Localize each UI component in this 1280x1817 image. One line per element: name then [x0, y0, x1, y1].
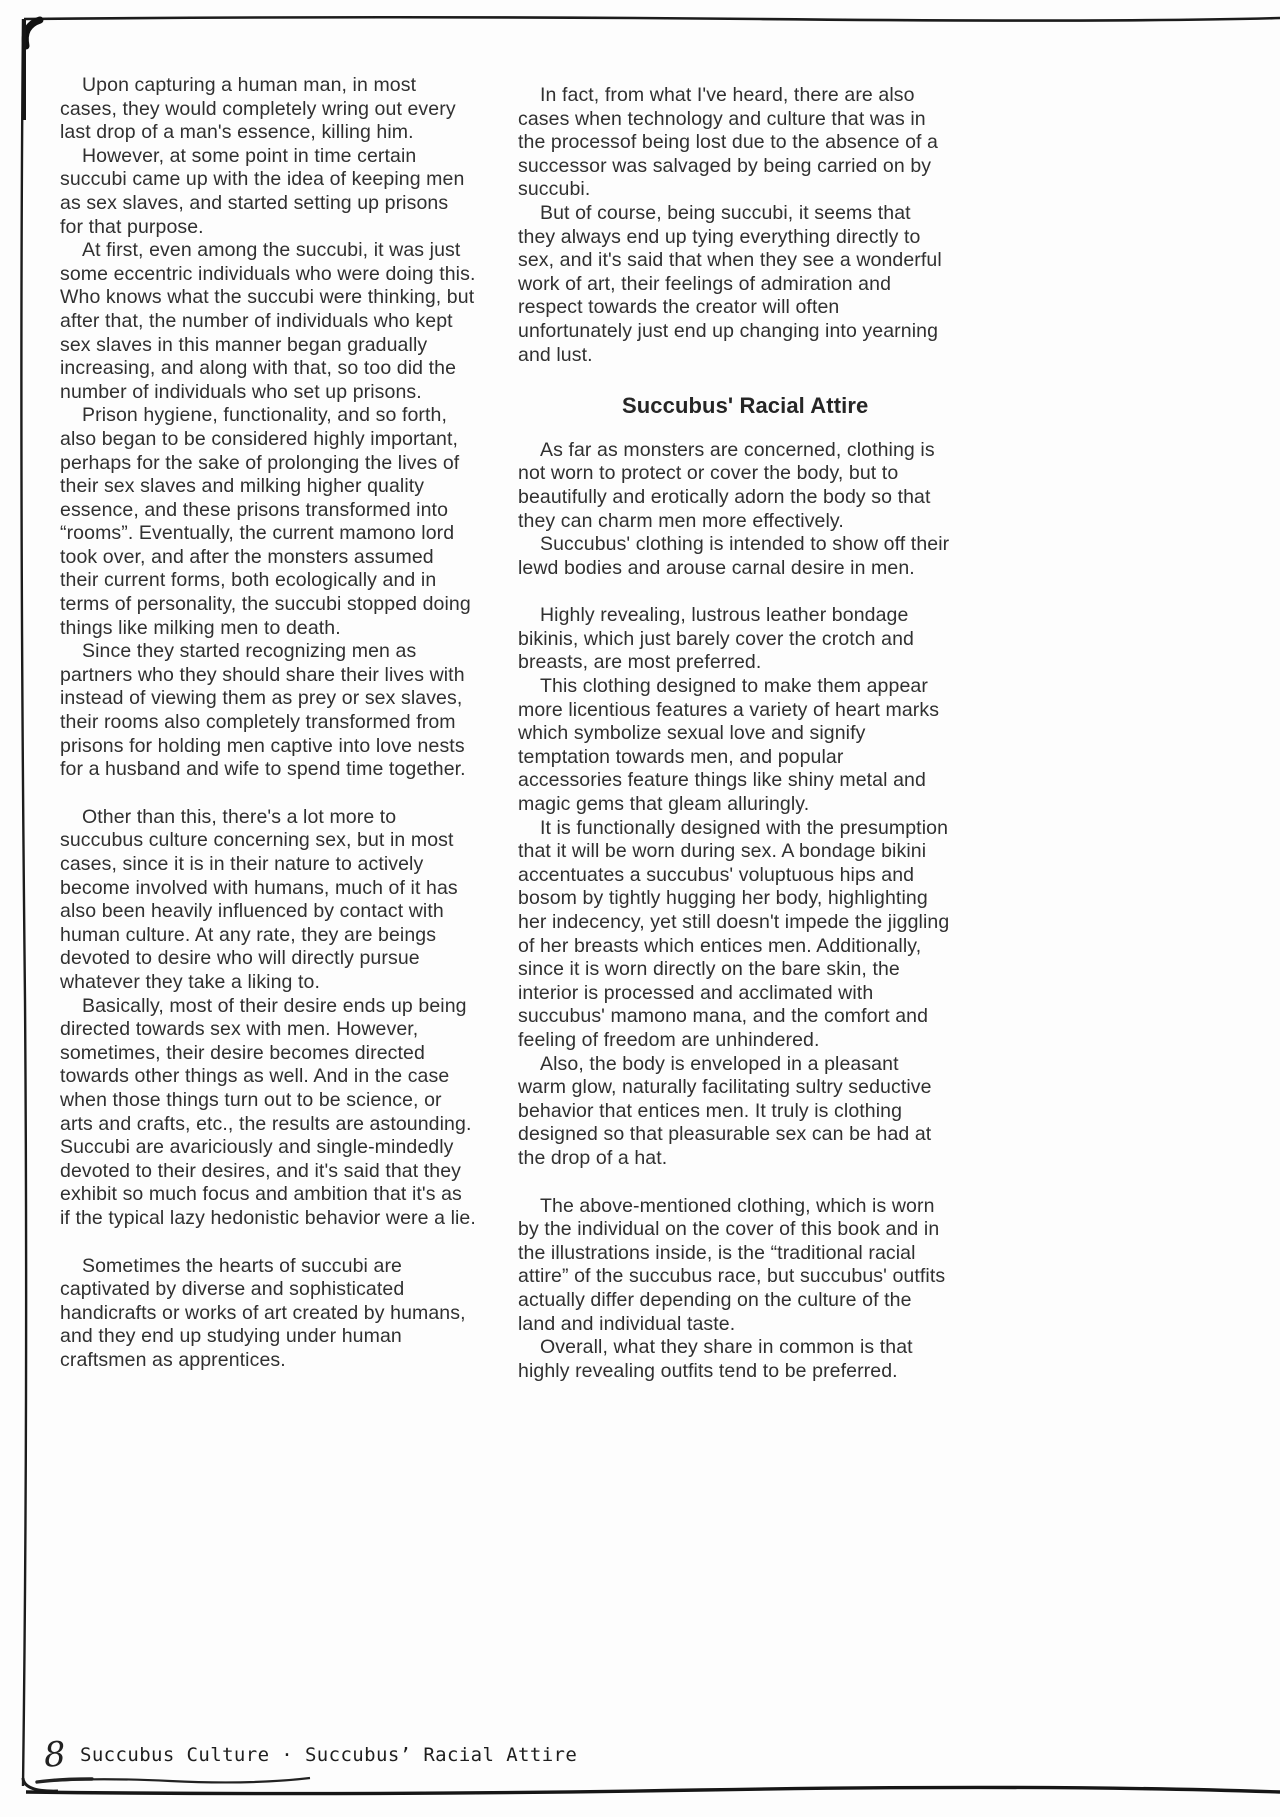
body-paragraph: Also, the body is enveloped in a pleasan…	[518, 1053, 952, 1171]
page-number: 8	[43, 1734, 67, 1775]
body-paragraph: Sometimes the hearts of succubi are capt…	[60, 1255, 476, 1373]
left-text-column: Upon capturing a human man, in most case…	[60, 74, 476, 1372]
body-paragraph: Overall, what they share in common is th…	[518, 1336, 952, 1383]
body-paragraph: As far as monsters are concerned, clothi…	[518, 439, 952, 533]
body-paragraph: The above-mentioned clothing, which is w…	[518, 1195, 952, 1337]
body-paragraph: But of course, being succubi, it seems t…	[518, 202, 952, 367]
body-paragraph: However, at some point in time certain s…	[60, 145, 476, 239]
body-paragraph: At first, even among the succubi, it was…	[60, 239, 476, 404]
right-text-column: In fact, from what I've heard, there are…	[518, 84, 952, 1383]
body-paragraph: Succubus' clothing is intended to show o…	[518, 533, 952, 580]
body-paragraph: It is functionally designed with the pre…	[518, 817, 952, 1053]
body-paragraph: Highly revealing, lustrous leather bonda…	[518, 604, 952, 675]
body-paragraph: Since they started recognizing men as pa…	[60, 640, 476, 782]
body-paragraph: This clothing designed to make them appe…	[518, 675, 952, 817]
body-paragraph: In fact, from what I've heard, there are…	[518, 84, 952, 202]
footer-running-title: Succubus Culture · Succubus’ Racial Atti…	[80, 1744, 577, 1766]
book-page: Upon capturing a human man, in most case…	[0, 0, 1280, 1817]
page-footer: 8 Succubus Culture · Succubus’ Racial At…	[0, 1735, 1280, 1795]
body-paragraph: Other than this, there's a lot more to s…	[60, 806, 476, 995]
body-paragraph: Basically, most of their desire ends up …	[60, 995, 476, 1231]
section-heading: Succubus' Racial Attire	[622, 394, 952, 418]
body-paragraph: Upon capturing a human man, in most case…	[60, 74, 476, 145]
body-paragraph: Prison hygiene, functionality, and so fo…	[60, 404, 476, 640]
